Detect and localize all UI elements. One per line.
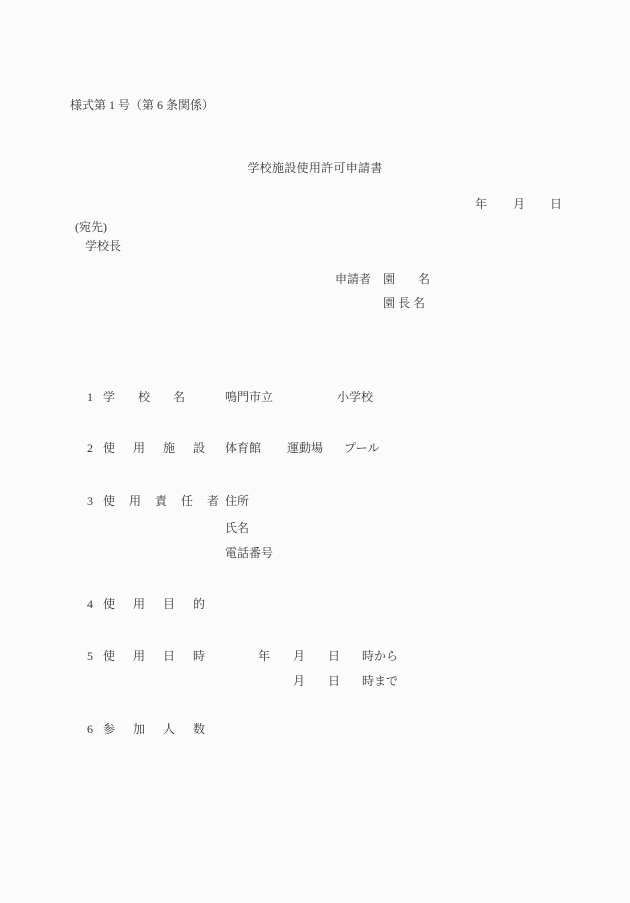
item-6-label: 参加人数 <box>103 722 223 736</box>
item-5-to-hour-label: 時まで <box>362 674 398 688</box>
item-5-label: 使用日時 <box>103 649 223 663</box>
addressee-prefix: (宛先) <box>75 220 107 234</box>
item-5-from-hour-label: 時から <box>362 649 398 663</box>
item-5-from-year-label: 年 <box>258 649 270 663</box>
applicant-org-field: 園 <box>383 272 395 286</box>
item-3-number: 3 <box>87 494 93 508</box>
item-3-field-phone: 電話番号 <box>225 546 273 560</box>
applicant-label: 申請者 <box>335 272 371 286</box>
date-month-label: 月 <box>513 197 525 211</box>
item-5-from-month-label: 月 <box>293 649 305 663</box>
date-day-label: 日 <box>550 197 562 211</box>
item-1-school-prefix: 鳴門市立 <box>225 390 273 404</box>
applicant-head-field: 園 長 名 <box>383 296 425 310</box>
item-3-label: 使用責任者 <box>103 494 233 508</box>
item-5-to-month-label: 月 <box>293 674 305 688</box>
item-5-number: 5 <box>87 649 93 663</box>
addressee-principal: 学校長 <box>85 239 121 253</box>
applicant-org-name-suffix: 名 <box>418 272 430 286</box>
date-year-label: 年 <box>475 197 487 211</box>
item-1-number: 1 <box>87 390 93 404</box>
item-2-label: 使用施設 <box>103 441 223 455</box>
item-2-option-field: 運動場 <box>287 441 323 455</box>
item-6-number: 6 <box>87 722 93 736</box>
item-5-from-day-label: 日 <box>328 649 340 663</box>
item-2-number: 2 <box>87 441 93 455</box>
item-4-number: 4 <box>87 597 93 611</box>
item-5-to-day-label: 日 <box>328 674 340 688</box>
item-4-label: 使用目的 <box>103 597 223 611</box>
item-2-option-gym: 体育館 <box>225 441 261 455</box>
item-3-field-name: 氏名 <box>225 521 249 535</box>
form-title: 学校施設使用許可申請書 <box>0 161 630 175</box>
item-2-option-pool: プール <box>344 441 379 455</box>
application-form-page: 様式第 1 号（第 6 条関係） 学校施設使用許可申請書 年 月 日 (宛先) … <box>0 0 630 903</box>
item-1-school-suffix: 小学校 <box>337 390 373 404</box>
item-3-field-address: 住所 <box>225 494 249 508</box>
form-number: 様式第 1 号（第 6 条関係） <box>70 98 214 112</box>
item-1-label: 学校名 <box>103 390 208 404</box>
